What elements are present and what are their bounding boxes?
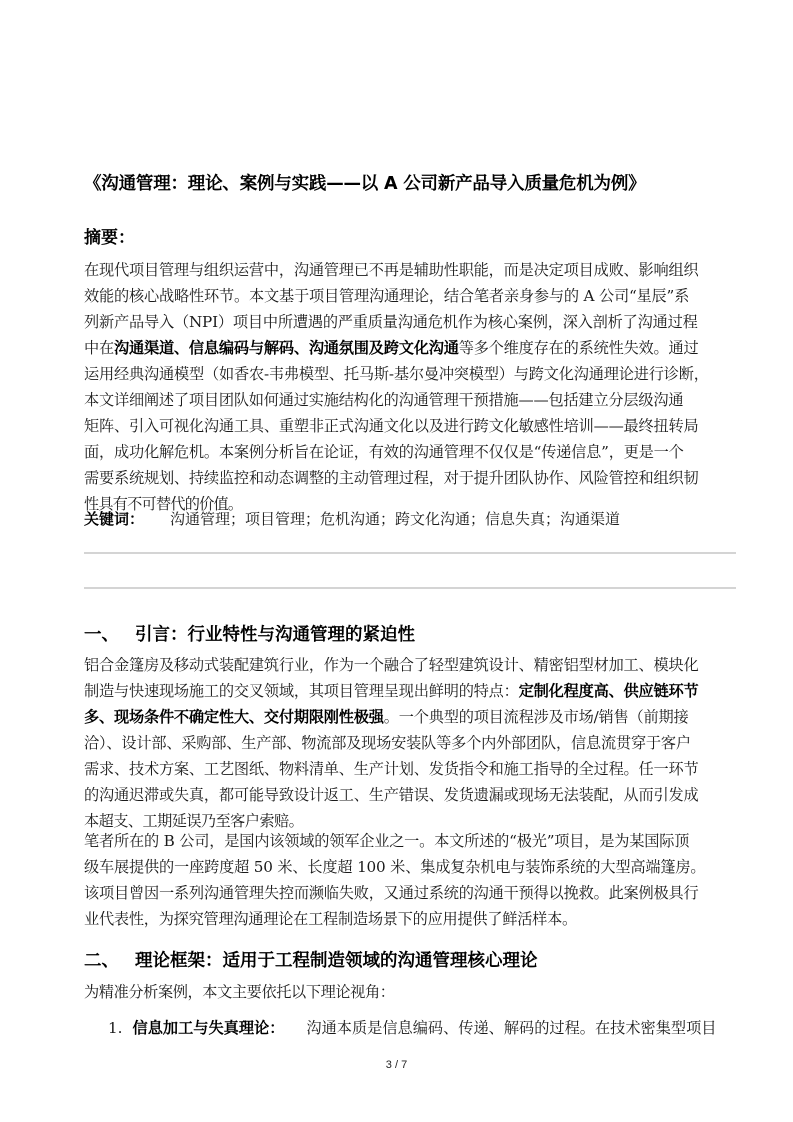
text-line: 中在沟通渠道、信息编码与解码、沟通氛围及跨文化沟通等多个维度存在的系统性失效。通… (84, 335, 744, 361)
body-text: 洽）、设计部、采购部、生产部、物流部及现场安装队等多个内外部团队，信息流贯穿于客… (84, 734, 691, 752)
body-text: 运用经典沟通模型（如香农-韦弗模型、托马斯-基尔曼冲突模型）与跨文化沟通理论进行… (84, 365, 709, 383)
section-heading-1: 一、引言：行业特性与沟通管理的紧迫性 (84, 621, 415, 646)
emphasis-text: 多、现场条件不确定性大、交付期限刚性极强 (84, 708, 384, 726)
body-text: 列新产品导入（NPI）项目中所遭遇的严重质量沟通危机作为核心案例，深入剖析了沟通… (84, 313, 698, 331)
text-line: 需求、技术方案、工艺图纸、物料清单、生产计划、发货指令和施工指导的全过程。任一环… (84, 756, 744, 782)
abstract-heading: 摘要： (84, 223, 135, 248)
text-line: 笔者所在的 B 公司，是国内该领域的领军企业之一。本文所述的“极光”项目，是为某… (84, 828, 744, 854)
text-line: 该项目曾因一系列沟通管理失控而濒临失败，又通过系统的沟通干预得以挽救。此案例极具… (84, 880, 744, 906)
text-line: 洽）、设计部、采购部、生产部、物流部及现场安装队等多个内外部团队，信息流贯穿于客… (84, 730, 744, 756)
section-number: 一、 (84, 625, 119, 645)
body-text: 制造与快速现场施工的交叉领域，其项目管理呈现出鲜明的特点： (84, 682, 519, 700)
body-text: 效能的核心战略性环节。本文基于项目管理沟通理论，结合笔者亲身参与的 A 公司“星… (84, 287, 689, 305)
keywords-value: 沟通管理；项目管理；危机沟通；跨文化沟通；信息失真；沟通渠道 (170, 510, 620, 528)
section-title: 理论框架：适用于工程制造领域的沟通管理核心理论 (135, 951, 538, 971)
document-title: 《沟通管理：理论、案例与实践——以 A 公司新产品导入质量危机为例》 (84, 170, 744, 195)
text-line: 效能的核心战略性环节。本文基于项目管理沟通理论，结合笔者亲身参与的 A 公司“星… (84, 283, 744, 309)
body-text: 铝合金篷房及移动式装配建筑行业，作为一个融合了轻型建筑设计、精密铝型材加工、模块… (84, 656, 699, 674)
body-text: 在现代项目管理与组织运营中，沟通管理已不再是辅助性职能，而是决定项目成败、影响组… (84, 261, 699, 279)
body-text: 该项目曾因一系列沟通管理失控而濒临失败，又通过系统的沟通干预得以挽救。此案例极具… (84, 884, 699, 902)
body-text: 本文详细阐述了项目团队如何通过实施结构化的沟通管理干预措施——包括建立分层级沟通 (84, 391, 683, 409)
body-text: 需求、技术方案、工艺图纸、物料清单、生产计划、发货指令和施工指导的全过程。任一环… (84, 760, 699, 778)
emphasis-text: 沟通渠道、信息编码与解码、沟通氛围及跨文化沟通 (114, 339, 459, 357)
section-1-paragraph-2: 笔者所在的 B 公司，是国内该领域的领军企业之一。本文所述的“极光”项目，是为某… (84, 828, 744, 932)
list-item-label: 信息加工与失真理论： (133, 1019, 285, 1037)
text-line: 的沟通迟滞或失真，都可能导致设计返工、生产错误、发货遗漏或现场无法装配，从而引发… (84, 782, 744, 808)
text-line: 业代表性，为探究管理沟通理论在工程制造场景下的应用提供了鲜活样本。 (84, 906, 744, 932)
keywords-label: 关键词： (84, 510, 144, 528)
keywords-row: 关键词：沟通管理；项目管理；危机沟通；跨文化沟通；信息失真；沟通渠道 (84, 508, 620, 529)
section-title: 引言：行业特性与沟通管理的紧迫性 (135, 625, 415, 645)
divider (84, 552, 736, 554)
section-2-intro-text: 为精准分析案例，本文主要依托以下理论视角： (84, 979, 744, 1005)
page-indicator: 3 / 7 (0, 1059, 793, 1071)
document-page: 《沟通管理：理论、案例与实践——以 A 公司新产品导入质量危机为例》 摘要： 在… (0, 0, 793, 1122)
body-text: 面，成功化解危机。本案例分析旨在论证，有效的沟通管理不仅仅是“传递信息”，更是一… (84, 443, 684, 461)
emphasis-text: 定制化程度高、供应链环节 (519, 682, 699, 700)
body-text: 等多个维度存在的系统性失效。通过 (459, 339, 699, 357)
body-text: 笔者所在的 B 公司，是国内该领域的领军企业之一。本文所述的“极光”项目，是为某… (84, 832, 689, 850)
section-2-intro: 为精准分析案例，本文主要依托以下理论视角： (84, 979, 744, 1005)
body-text: 业代表性，为探究管理沟通理论在工程制造场景下的应用提供了鲜活样本。 (84, 910, 577, 928)
text-line: 本文详细阐述了项目团队如何通过实施结构化的沟通管理干预措施——包括建立分层级沟通 (84, 387, 744, 413)
section-heading-2: 二、理论框架：适用于工程制造领域的沟通管理核心理论 (84, 947, 538, 972)
section-number: 二、 (84, 951, 119, 971)
text-line: 列新产品导入（NPI）项目中所遭遇的严重质量沟通危机作为核心案例，深入剖析了沟通… (84, 309, 744, 335)
list-item-text: 沟通本质是信息编码、传递、解码的过程。在技术密集型项目 (306, 1019, 716, 1037)
body-text: 级车展提供的一座跨度超 50 米、长度超 100 米、集成复杂机电与装饰系统的大… (84, 858, 705, 876)
body-text: 。一个典型的项目流程涉及市场/销售（前期接 (384, 708, 689, 726)
body-text: 需要系统规划、持续监控和动态调整的主动管理过程，对于提升团队协作、风险管控和组织… (84, 469, 699, 487)
divider (84, 587, 736, 589)
section-1-paragraph-1: 铝合金篷房及移动式装配建筑行业，作为一个融合了轻型建筑设计、精密铝型材加工、模块… (84, 652, 744, 834)
text-line: 运用经典沟通模型（如香农-韦弗模型、托马斯-基尔曼冲突模型）与跨文化沟通理论进行… (84, 361, 744, 387)
body-text: 中在 (84, 339, 114, 357)
text-line: 制造与快速现场施工的交叉领域，其项目管理呈现出鲜明的特点：定制化程度高、供应链环… (84, 678, 744, 704)
text-line: 矩阵、引入可视化沟通工具、重塑非正式沟通文化以及进行跨文化敏感性培训——最终扭转… (84, 413, 744, 439)
text-line: 多、现场条件不确定性大、交付期限刚性极强。一个典型的项目流程涉及市场/销售（前期… (84, 704, 744, 730)
text-line: 铝合金篷房及移动式装配建筑行业，作为一个融合了轻型建筑设计、精密铝型材加工、模块… (84, 652, 744, 678)
list-item: 1.信息加工与失真理论：沟通本质是信息编码、传递、解码的过程。在技术密集型项目 (108, 1017, 716, 1038)
text-line: 需要系统规划、持续监控和动态调整的主动管理过程，对于提升团队协作、风险管控和组织… (84, 465, 744, 491)
text-line: 面，成功化解危机。本案例分析旨在论证，有效的沟通管理不仅仅是“传递信息”，更是一… (84, 439, 744, 465)
body-text: 矩阵、引入可视化沟通工具、重塑非正式沟通文化以及进行跨文化敏感性培训——最终扭转… (84, 417, 699, 435)
text-line: 级车展提供的一座跨度超 50 米、长度超 100 米、集成复杂机电与装饰系统的大… (84, 854, 744, 880)
abstract-body: 在现代项目管理与组织运营中，沟通管理已不再是辅助性职能，而是决定项目成败、影响组… (84, 257, 744, 517)
list-item-number: 1. (108, 1019, 123, 1037)
text-line: 在现代项目管理与组织运营中，沟通管理已不再是辅助性职能，而是决定项目成败、影响组… (84, 257, 744, 283)
body-text: 的沟通迟滞或失真，都可能导致设计返工、生产错误、发货遗漏或现场无法装配，从而引发… (84, 786, 699, 804)
